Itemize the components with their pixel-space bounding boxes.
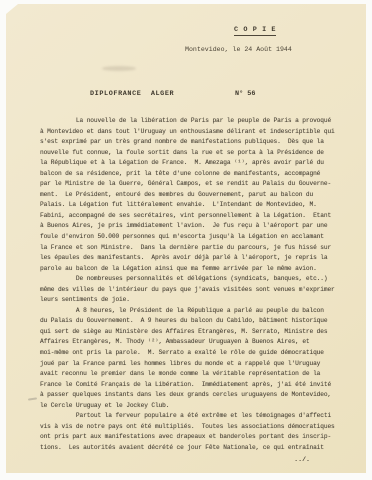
continuation-mark: ../. <box>40 456 354 463</box>
paragraph: De nombreuses personnalités et délégatio… <box>40 274 354 306</box>
text-line: La nouvelle de la libération de Paris pa… <box>40 116 354 127</box>
text-line: France le Comité Français de la Libérati… <box>40 380 354 391</box>
text-line: foule d'environ 50.000 personnes qui m'e… <box>40 232 354 243</box>
text-line: Fabini, accompagné de ses secrétaires, v… <box>40 211 354 222</box>
scan-background: C O P I E Montevideo, le 24 Août 1944 DI… <box>0 0 372 480</box>
text-line: A 8 heures, le Président de la Républiqu… <box>40 306 354 317</box>
text-line: la République et à la Légation de France… <box>40 158 354 169</box>
paragraph: A 8 heures, le Président de la Républiqu… <box>40 306 354 411</box>
copy-label: C O P I E <box>234 26 276 36</box>
text-line: joué par la France parmi les hommes libr… <box>40 359 354 370</box>
text-line: à passer quelques instants dans les deux… <box>40 390 354 401</box>
text-line: parole au balcon de la Légation ainsi qu… <box>40 264 354 275</box>
pencil-mark <box>28 397 37 400</box>
text-line: la France et son Ministre. Dans la derni… <box>40 243 354 254</box>
text-line: leurs sentiments de joie. <box>40 295 354 306</box>
text-line: même des villes de l'intérieur du pays q… <box>40 285 354 296</box>
text-line: ont pris part aux manifestations avec dr… <box>40 432 354 443</box>
text-line: qui sert de siège au Ministère des Affai… <box>40 327 354 338</box>
text-line: tions. Les autorités avaient décrété ce … <box>40 443 354 454</box>
text-line: avait reconnu le premier dans le monde c… <box>40 369 354 380</box>
text-line: à Montevideo et dans tout l'Uruguay un e… <box>40 127 354 138</box>
text-line: balcon de sa résidence, prit la tête d'u… <box>40 169 354 180</box>
text-line: Partout la ferveur populaire a été extrê… <box>40 411 354 422</box>
text-line: le Cercle Uruguay et le Jockey Club. <box>40 401 354 412</box>
paragraph: La nouvelle de la libération de Paris pa… <box>40 116 354 274</box>
text-line: moi-même ont pris la parole. M. Serrato … <box>40 348 354 359</box>
text-line: vis à vis de notre pays ont été multipli… <box>40 422 354 433</box>
dateline: Montevideo, le 24 Août 1944 <box>185 46 292 53</box>
document-page: C O P I E Montevideo, le 24 Août 1944 DI… <box>6 4 366 473</box>
text-line: du Palais du Gouvernement. A 9 heures du… <box>40 316 354 327</box>
text-line: nouvelle fut connue, la foule sortit dan… <box>40 148 354 159</box>
text-line: les épaules des manifestants. Après avoi… <box>40 253 354 264</box>
text-line: s'est exprimé par un très grand nombre d… <box>40 137 354 148</box>
text-line: ment. Le Président, entouré des membres … <box>40 190 354 201</box>
text-line: Affaires Etrangères, M. Thody ⁽²⁾, Ambas… <box>40 337 354 348</box>
text-line: à Buenos Aires, je pris immédiatement l'… <box>40 221 354 232</box>
text-line: par le Ministre de la Guerre, Général Ca… <box>40 179 354 190</box>
text-line: De nombreuses personnalités et délégatio… <box>40 274 354 285</box>
erasure-smudge <box>102 66 136 71</box>
telegram-recipient: DIPLOFRANCE ALGER <box>90 90 174 98</box>
telegram-number: N° 56 <box>235 90 255 98</box>
paragraph: Partout la ferveur populaire a été extrê… <box>40 411 354 453</box>
text-line: Palais. La Légation fut littéralement en… <box>40 200 354 211</box>
document-body: La nouvelle de la libération de Paris pa… <box>40 116 354 463</box>
